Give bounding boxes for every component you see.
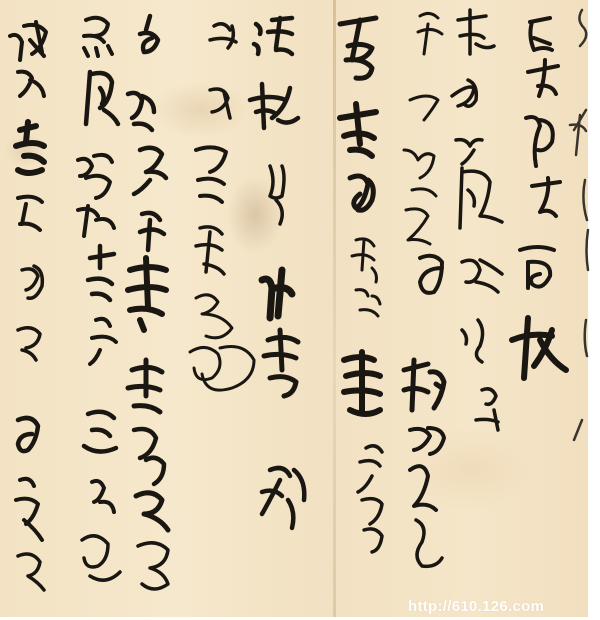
calligraphy-strokes — [0, 0, 600, 620]
column-far-right — [570, 10, 588, 440]
column-5 — [250, 18, 304, 528]
column-6 — [190, 24, 254, 390]
column-3 — [404, 13, 444, 566]
watermark-url: http://610.126.com — [408, 598, 544, 615]
column-4 — [340, 18, 382, 552]
column-9 — [10, 22, 46, 590]
calligraphy-image: http://610.126.com — [0, 0, 600, 620]
column-7 — [128, 16, 168, 589]
column-1 — [512, 18, 566, 378]
column-2 — [452, 10, 502, 430]
column-8 — [78, 18, 120, 580]
